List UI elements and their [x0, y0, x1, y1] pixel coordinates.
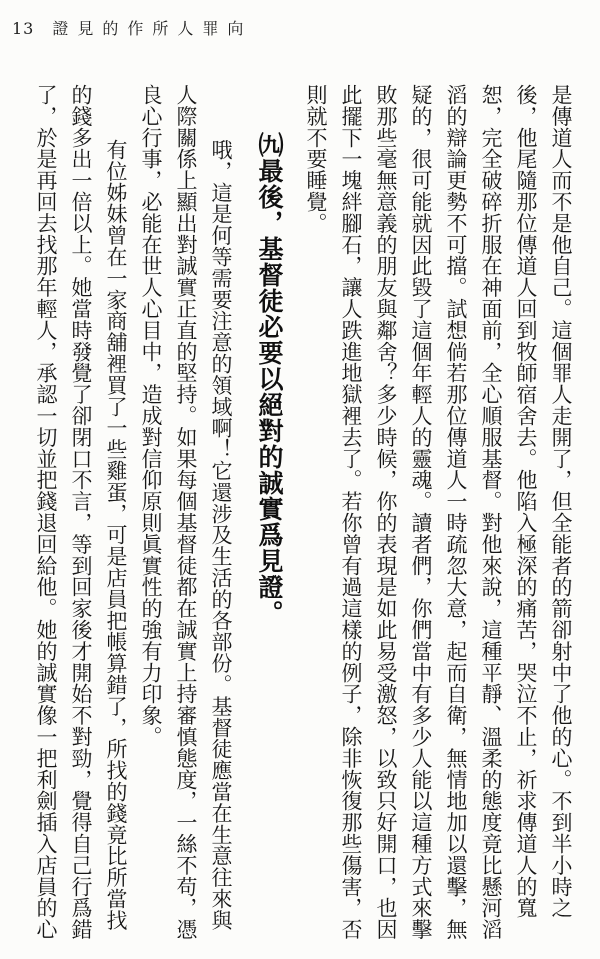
- page-number: 13: [12, 19, 34, 38]
- section-heading: ㈨最後，基督徒必要以絕對的誠實爲見證。: [246, 84, 292, 942]
- paragraph-continuation: 是傳道人而不是他自己。這個罪人走開了，但全能者的箭卻射中了他的心。不到半小時之後…: [298, 84, 578, 942]
- book-page: 13證見的作所人罪向 是傳道人而不是他自己。這個罪人走開了，但全能者的箭卻射中了…: [0, 0, 600, 959]
- vertical-text-body: 是傳道人而不是他自己。這個罪人走開了，但全能者的箭卻射中了他的心。不到半小時之後…: [28, 84, 578, 942]
- running-header: 13證見的作所人罪向: [12, 16, 252, 39]
- paragraph-honesty: 哦，這是何等需要注意的領域啊！它還涉及生活的各部份。基督徒應當在生意往來與人際關…: [133, 84, 238, 942]
- paragraph-story: 有位姊妹曾在一家商舖裡買了一些雞蛋，可是店員把帳算錯了，所找的錢竟比所當找的錢多…: [28, 84, 133, 942]
- running-title: 證見的作所人罪向: [52, 16, 252, 39]
